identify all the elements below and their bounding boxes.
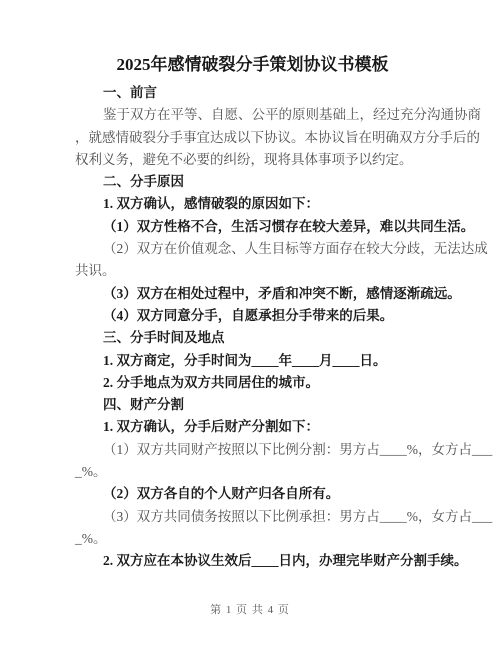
text-line: 1. 双方商定，分手时间为____年____月____日。 xyxy=(75,350,500,372)
page-footer: 第 1 页 共 4 页 xyxy=(0,601,500,619)
text-line: （2）双方在价值观念、人生目标等方面存在较大分歧，无法达成 xyxy=(75,238,500,260)
text-line: （2）双方各自的个人财产归各自所有。 xyxy=(75,483,500,505)
text-line: （1）双方共同财产按照以下比例分割：男方占____%，女方占___ xyxy=(75,439,500,461)
text-line: 一、前言 xyxy=(75,82,500,104)
text-line: 2. 双方应在本协议生效后____日内，办理完毕财产分割手续。 xyxy=(75,550,500,572)
text-line: _%。 xyxy=(75,461,500,483)
text-line: 三、分手时间及地点 xyxy=(75,327,500,349)
text-line: 权利义务，避免不必要的纠纷，现将具体事项予以约定。 xyxy=(75,149,500,171)
text-line: 四、财产分割 xyxy=(75,394,500,416)
text-line: 1. 双方确认，感情破裂的原因如下： xyxy=(75,193,500,215)
text-line: ，就感情破裂分手事宜达成以下协议。本协议旨在明确双方分手后的 xyxy=(75,127,500,149)
document-body: 一、前言鉴于双方在平等、自愿、公平的原则基础上，经过充分沟通协商，就感情破裂分手… xyxy=(0,82,500,573)
text-line: 1. 双方确认，分手后财产分割如下： xyxy=(75,416,500,438)
document-title: 2025年感情破裂分手策划协议书模板 xyxy=(0,52,500,78)
text-line: 共识。 xyxy=(75,260,500,282)
text-line: （1）双方性格不合，生活习惯存在较大差异，难以共同生活。 xyxy=(75,216,500,238)
text-line: （3）双方共同债务按照以下比例承担：男方占____%，女方占___ xyxy=(75,506,500,528)
text-line: （3）双方在相处过程中，矛盾和冲突不断，感情逐渐疏远。 xyxy=(75,283,500,305)
text-line: （4）双方同意分手，自愿承担分手带来的后果。 xyxy=(75,305,500,327)
text-line: _%。 xyxy=(75,528,500,550)
document-page: 2025年感情破裂分手策划协议书模板 一、前言鉴于双方在平等、自愿、公平的原则基… xyxy=(0,0,500,647)
text-line: 2. 分手地点为双方共同居住的城市。 xyxy=(75,372,500,394)
text-line: 二、分手原因 xyxy=(75,171,500,193)
text-line: 鉴于双方在平等、自愿、公平的原则基础上，经过充分沟通协商 xyxy=(75,104,500,126)
